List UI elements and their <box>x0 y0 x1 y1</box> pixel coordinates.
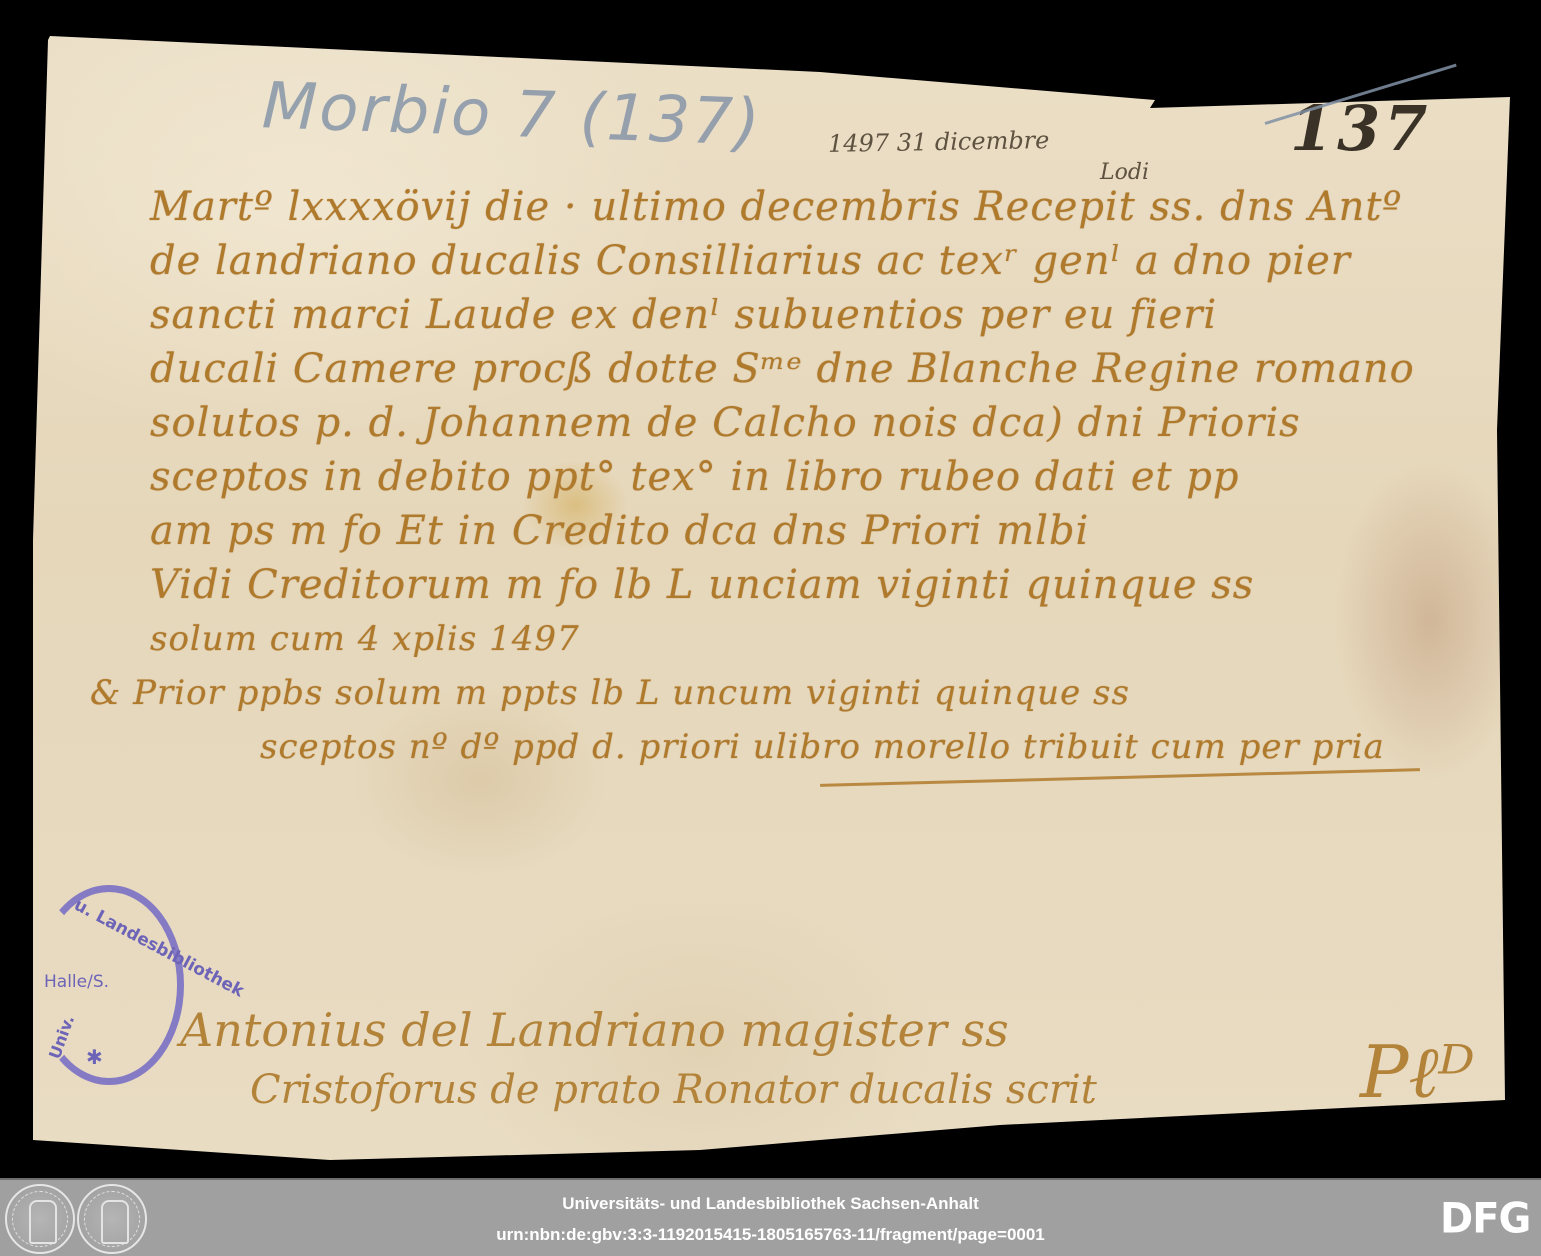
manuscript-line: sceptos nº dº ppd d. priori ulibro morel… <box>150 720 1490 774</box>
stamp-center-text: Halle/S. <box>44 972 109 992</box>
manuscript-line: solum cum 4 xplis 1497 <box>150 612 1490 666</box>
manuscript-line: de landriano ducalis Consilliarius ac te… <box>150 234 1490 288</box>
date-annotation: 1497 31 dicembre <box>828 126 1050 158</box>
notary-mark: Pℓᴰ <box>1360 1030 1475 1115</box>
manuscript-line: sceptos in debito ppt° tex° in libro rub… <box>150 450 1490 504</box>
manuscript-line: & Prior ppbs solum m ppts lb L uncum vig… <box>90 666 1490 720</box>
manuscript-line: Martº lxxxxövij die · ultimo decembris R… <box>150 180 1490 234</box>
signature-antonius: Antonius del Landriano magister ss <box>180 1000 1480 1060</box>
signature-cristoforus: Cristoforus de prato Ronator ducalis scr… <box>180 1060 1480 1120</box>
shelf-number: 137 <box>1290 92 1431 165</box>
image-viewer: Morbio 7 (137) 1497 31 dicembre Lodi 137… <box>0 0 1541 1178</box>
manuscript-line: am ps m fo Et in Credito dca dns Priori … <box>150 504 1490 558</box>
dfg-logo: DFG <box>1440 1195 1530 1243</box>
manuscript-line: solutos p. d. Johannem de Calcho nois dc… <box>150 396 1490 450</box>
institution-name: Universitäts- und Landesbibliothek Sachs… <box>0 1194 1541 1214</box>
signatures: Antonius del Landriano magister ss Crist… <box>180 1000 1480 1120</box>
urn-identifier: urn:nbn:de:gbv:3:3-1192015415-1805165763… <box>0 1225 1541 1245</box>
manuscript-body: Martº lxxxxövij die · ultimo decembris R… <box>150 180 1490 774</box>
footer-bar: Universitäts- und Landesbibliothek Sachs… <box>0 1178 1541 1256</box>
manuscript-line: sancti marci Laude ex denˡ subuentios pe… <box>150 288 1490 342</box>
manuscript-line: ducali Camere procß dotte Sᵐᵉ dne Blanch… <box>150 342 1490 396</box>
manuscript-line: Vidi Creditorum m fo lb L unciam viginti… <box>150 558 1490 612</box>
star-icon: ✱ <box>86 1045 103 1069</box>
